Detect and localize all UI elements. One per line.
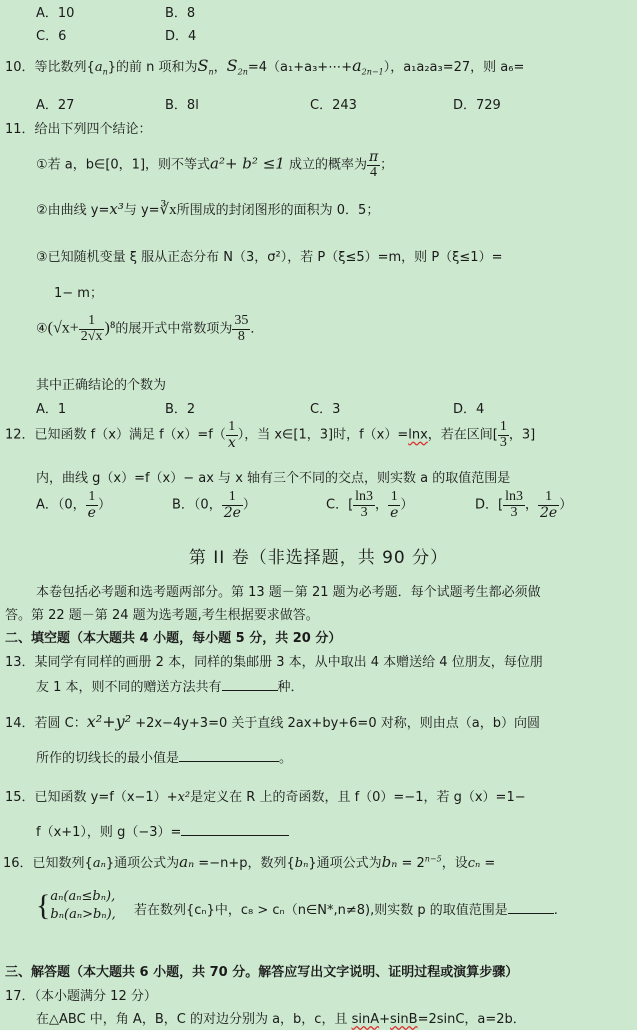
q13-answer-blank[interactable]: [222, 678, 278, 691]
left-brace-icon: {: [36, 891, 50, 921]
q14-line1: 14．若圆 C：x²+y² +2x−4y+3=0 关于直线 2ax+by+6=0…: [5, 712, 540, 731]
q14-answer-blank[interactable]: [179, 749, 279, 762]
q17-header: 17．（本小题满分 12 分）: [5, 985, 157, 1004]
q17-stem: 在△ABC 中，角 A，B，C 的对边分别为 a，b，c，且 sinA+sinB…: [36, 1008, 526, 1027]
part2-title: 第 II 卷（非选择题，共 90 分）: [0, 543, 637, 568]
q10-option-d: D．729: [453, 94, 501, 113]
q10-stem: 10．等比数列{an}的前 n 项和为Sn，S2n=4（a₁+a₃+⋯+a2n−…: [5, 56, 524, 77]
q12-option-b: B．（0，12e）: [172, 490, 256, 520]
q9-option-d: D．4: [165, 25, 196, 44]
q12-number: 12．: [5, 428, 35, 443]
q16-piecewise: {aₙ(aₙ≤bₙ),bₙ(aₙ>bₙ),: [36, 888, 116, 923]
q11-option-c: C．3: [310, 398, 340, 417]
q16-answer-blank[interactable]: [508, 901, 554, 914]
q10-number: 10．: [5, 60, 35, 75]
q16-line1: 16．已知数列{aₙ}通项公式为aₙ =−n+p，数列{bₙ}通项公式为bₙ =…: [3, 852, 495, 871]
q11-conclusion-2: ②由曲线 y=x³与 y=∛x所围成的封闭图形的面积为 0．5；: [36, 199, 379, 219]
q11-question: 其中正确结论的个数为: [36, 374, 166, 393]
q11-option-a: A．1: [36, 398, 66, 417]
section3-heading: 三、解答题（本大题共 6 小题，共 70 分。解答应写出文字说明、证明过程或演算…: [5, 961, 518, 980]
q10-option-a: A．27: [36, 94, 74, 113]
q9-option-b: B．8: [165, 2, 195, 21]
q14-line2: 所作的切线长的最小值是。: [36, 747, 292, 766]
q9-option-a: A．10: [36, 2, 74, 21]
part2-intro-line1: 本卷包括必考题和选考题两部分。第 13 题－第 21 题为必考题．每个试题考生都…: [36, 581, 541, 600]
q15-number: 15．: [5, 790, 35, 805]
q12-line2: 内，曲线 g（x）=f（x）− ax 与 x 轴有三个不同的交点，则实数 a 的…: [36, 467, 510, 486]
q13-line2: 友 1 本，则不同的赠送方法共有种．: [36, 676, 304, 695]
q10-option-c: C．243: [310, 94, 357, 113]
q15-line2: f（x+1），则 g（−3）=: [36, 821, 289, 840]
q10-option-b: B．8l: [165, 94, 199, 113]
q11-conclusion-3-cont: 1− m；: [54, 282, 103, 301]
q12-option-c: C．[ln33，1e）: [326, 490, 413, 520]
q11-option-b: B．2: [165, 398, 195, 417]
q11-conclusion-4: ④(√x+12√x)⁸的展开式中常数项为358．: [36, 314, 263, 344]
q13-line1: 13．某同学有同样的画册 2 本，同样的集邮册 3 本，从中取出 4 本赠送给 …: [5, 651, 543, 670]
q11-option-d: D．4: [453, 398, 484, 417]
q15-answer-blank[interactable]: [181, 823, 289, 836]
q13-number: 13．: [5, 655, 35, 670]
q11-conclusion-3: ③已知随机变量 ξ 服从正态分布 N（3，σ²），若 P（ξ≤5）=m，则 P（…: [36, 246, 502, 265]
q12-option-d: D．[ln33，12e）: [475, 490, 572, 520]
q15-line1: 15．已知函数 y=f（x−1）+x²是定义在 R 上的奇函数，且 f（0）=−…: [5, 786, 526, 805]
q16-number: 16．: [3, 856, 33, 871]
q11-intro: 11．给出下列四个结论：: [5, 118, 152, 137]
q12-stem: 12．已知函数 f（x）满足 f（x）=f（1x），当 x∈[1，3]时，f（x…: [5, 420, 535, 450]
q16-tail: 若在数列{cₙ}中，c₈ > cₙ（n∈N*,n≠8),则实数 p 的取值范围是…: [134, 899, 558, 918]
q14-number: 14．: [5, 716, 35, 731]
q11-conclusion-1: ①若 a，b∈[0，1]，则不等式a²+ b² ≤1 成立的概率为π4；: [36, 150, 393, 180]
q12-option-a: A．（0，1e）: [36, 490, 111, 520]
part2-intro-line2: 答。第 22 题－第 24 题为选考题,考生根据要求做答。: [5, 604, 319, 623]
fraction-pi-over-4: π4: [367, 150, 380, 180]
q9-option-c: C．6: [36, 25, 66, 44]
q11-number: 11．: [5, 122, 35, 137]
q17-number: 17．: [5, 989, 35, 1004]
section2-heading: 二、填空题（本大题共 4 小题，每小题 5 分，共 20 分）: [5, 627, 341, 646]
